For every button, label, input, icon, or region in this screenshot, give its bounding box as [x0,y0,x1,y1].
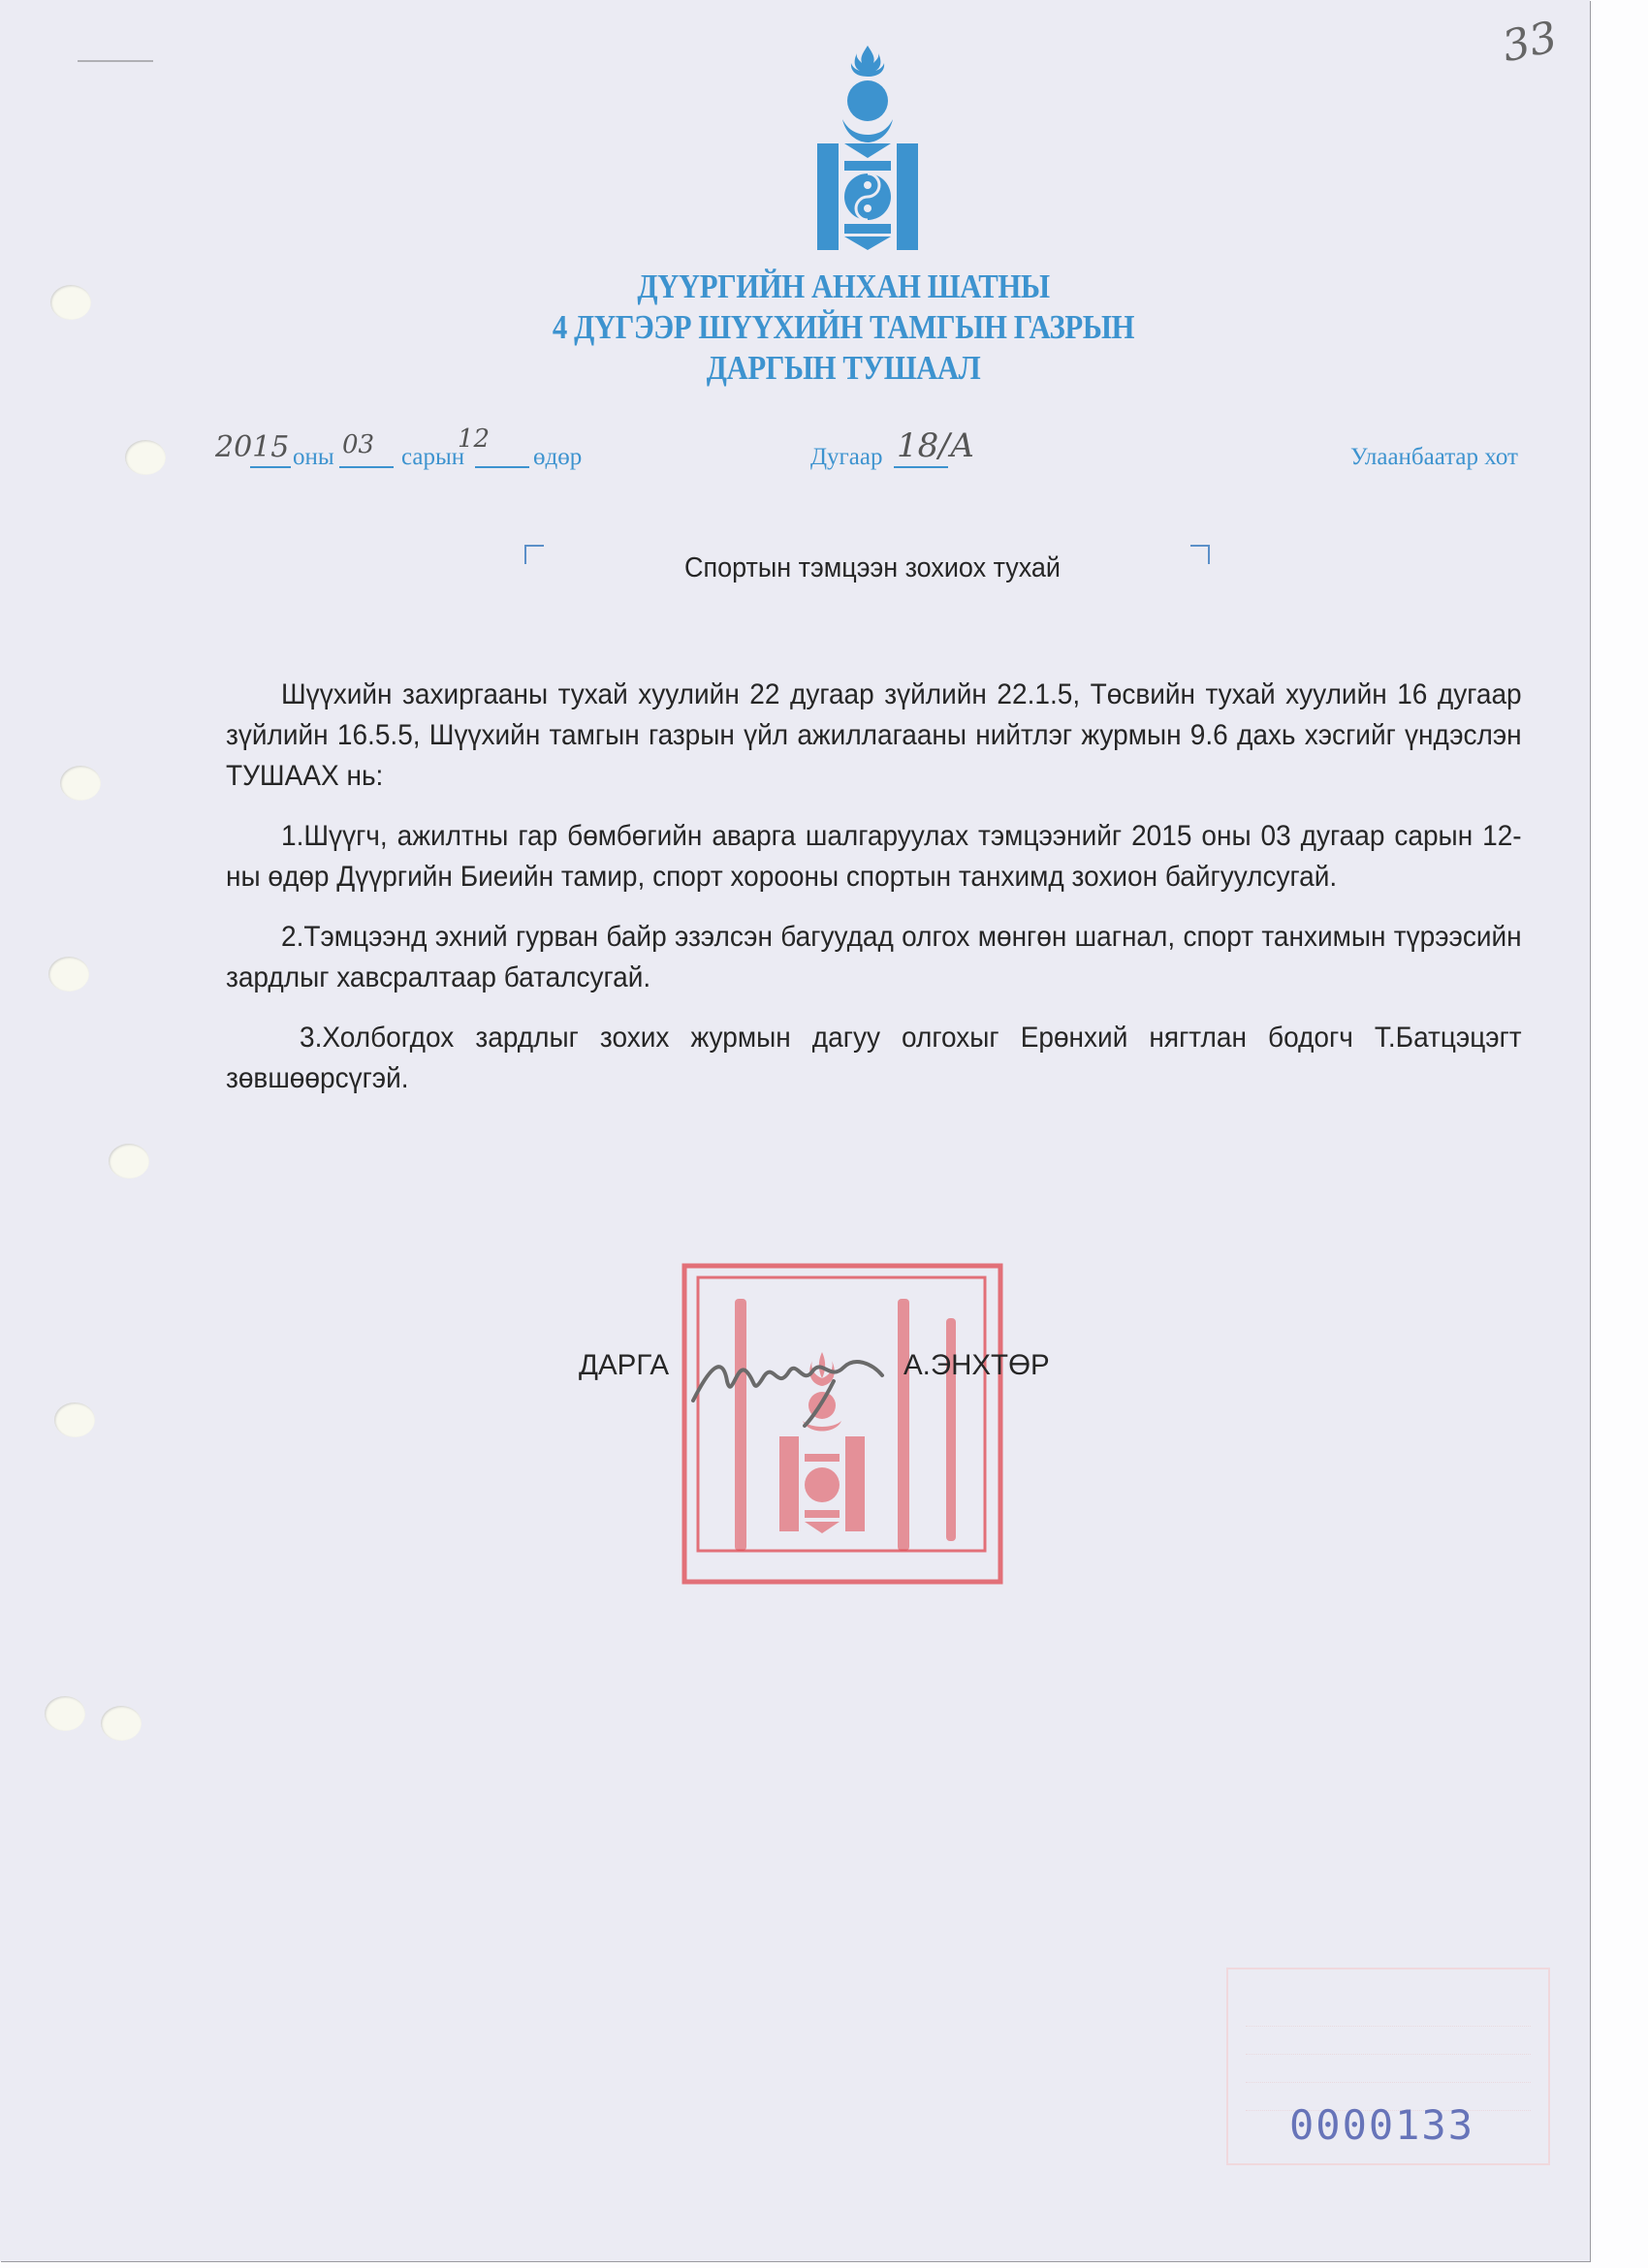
scan-mark [78,60,153,62]
header-line-3: ДАРГЫН ТУШААЛ [101,349,1585,388]
order-item-3: 3.Холбогдох зардлыг зохих журмын дагуу о… [226,1018,1522,1099]
registration-stamp-lines [1246,1999,1531,2111]
punch-hole [48,957,89,992]
handwritten-day: 12 [458,425,490,454]
month-label: сарын [401,444,464,471]
document-title: Спортын тэмцээн зохиох тухай [548,552,1197,584]
day-label: өдөр [533,444,582,471]
punch-hole [60,766,101,801]
punch-hole [109,1144,149,1179]
punch-hole [45,1696,85,1731]
document-page: 33 ДҮҮРГИЙН АНХАН ШАТНЫ 4 ДҮГЭЭР ШҮҮХИЙН… [0,0,1590,2261]
order-item-2: 2.Тэмцээнд эхний гурван байр эзэлсэн баг… [226,917,1522,998]
title-bracket-left [524,545,544,564]
underline [250,466,291,468]
handwritten-order-number: 18/А [897,426,974,465]
punch-hole [54,1402,95,1437]
punch-hole [101,1706,142,1741]
header-line-1: ДҮҮРГИЙН АНХАН ШАТНЫ [101,268,1585,306]
registration-serial-number: 0000133 [1289,2101,1474,2149]
signatory-position: ДАРГА [579,1349,669,1382]
city-label: Улаанбаатар хот [1350,444,1518,471]
punch-hole [50,285,91,320]
handwritten-month: 03 [342,430,374,459]
underline [894,466,948,468]
header-line-2: 4 ДҮГЭЭР ШҮҮХИЙН ТАМГЫН ГАЗРЫН [101,308,1585,347]
year-label: оны [293,444,334,471]
order-item-1: 1.Шүүгч, ажилтны гар бөмбөгийн аварга ша… [226,816,1522,898]
underline [339,466,394,468]
signatory-name: А.ЭНХТӨР [903,1349,1050,1382]
handwritten-signature [688,1342,902,1430]
number-label: Дугаар [810,444,883,471]
punch-hole [125,440,166,475]
handwritten-year: 2015 [215,430,289,464]
preamble-paragraph: Шүүхийн захиргааны тухай хуулийн 22 дуга… [226,675,1522,797]
document-body: Шүүхийн захиргааны тухай хуулийн 22 дуга… [226,675,1522,1118]
soyombo-emblem-icon [817,44,918,251]
underline [475,466,529,468]
handwritten-page-number: 33 [1498,13,1561,73]
